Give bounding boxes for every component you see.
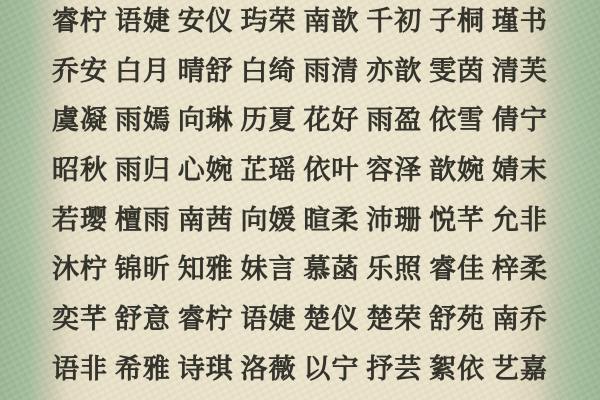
name-row: 虞凝雨嫣向琳历夏花好雨盈依雪倩宁	[52, 105, 548, 137]
name-item: 睿柠	[178, 304, 234, 336]
name-item: 语婕	[241, 304, 297, 336]
name-item: 舒苑	[429, 304, 485, 336]
name-item: 雯茵	[429, 56, 485, 88]
name-row: 昭秋雨归心婉芷瑶依叶容泽歆婉婧末	[52, 155, 548, 187]
name-item: 慕菡	[303, 254, 359, 286]
name-item: 向媛	[241, 205, 297, 237]
name-item: 虞凝	[52, 105, 108, 137]
name-item: 雨盈	[366, 105, 422, 137]
name-item: 婧末	[492, 155, 548, 187]
name-item: 历夏	[241, 105, 297, 137]
name-item: 玙荣	[241, 6, 297, 38]
name-item: 睿佳	[429, 254, 485, 286]
name-item: 安仪	[178, 6, 234, 38]
name-item: 倩宁	[492, 105, 548, 137]
name-item: 晴舒	[178, 56, 234, 88]
name-item: 心婉	[178, 155, 234, 187]
name-item: 语婕	[115, 6, 171, 38]
name-item: 依雪	[429, 105, 485, 137]
paper-background: 睿柠语婕安仪玙荣南歆千初子桐瑾书乔安白月晴舒白绮雨清亦歆雯茵清芙虞凝雨嫣向琳历夏…	[0, 0, 600, 400]
name-item: 南乔	[492, 304, 548, 336]
name-item: 白绮	[241, 56, 297, 88]
name-item: 楚仪	[303, 304, 359, 336]
name-item: 若璎	[52, 205, 108, 237]
name-item: 花好	[303, 105, 359, 137]
name-item: 知雅	[178, 254, 234, 286]
name-item: 暄柔	[303, 205, 359, 237]
name-item: 抒芸	[366, 354, 422, 386]
name-item: 南茜	[178, 205, 234, 237]
name-item: 南歆	[303, 6, 359, 38]
name-item: 子桐	[429, 6, 485, 38]
name-item: 乐照	[366, 254, 422, 286]
name-row: 语非希雅诗琪洛薇以宁抒芸絮依艺嘉	[52, 354, 548, 386]
name-item: 诗琪	[178, 354, 234, 386]
name-item: 沛珊	[366, 205, 422, 237]
name-item: 千初	[366, 6, 422, 38]
name-item: 睿柠	[52, 6, 108, 38]
name-row: 睿柠语婕安仪玙荣南歆千初子桐瑾书	[52, 6, 548, 38]
name-item: 檀雨	[115, 205, 171, 237]
name-row: 沐柠锦昕知雅妹言慕菡乐照睿佳梓柔	[52, 254, 548, 286]
name-item: 清芙	[492, 56, 548, 88]
name-item: 瑾书	[492, 6, 548, 38]
name-item: 芷瑶	[241, 155, 297, 187]
name-item: 希雅	[115, 354, 171, 386]
name-row: 若璎檀雨南茜向媛暄柔沛珊悦芊允非	[52, 205, 548, 237]
name-item: 歆婉	[429, 155, 485, 187]
name-item: 昭秋	[52, 155, 108, 187]
name-item: 乔安	[52, 56, 108, 88]
name-item: 艺嘉	[492, 354, 548, 386]
name-item: 容泽	[366, 155, 422, 187]
name-row: 乔安白月晴舒白绮雨清亦歆雯茵清芙	[52, 56, 548, 88]
name-item: 以宁	[303, 354, 359, 386]
name-item: 奕芊	[52, 304, 108, 336]
name-row: 奕芊舒意睿柠语婕楚仪楚荣舒苑南乔	[52, 304, 548, 336]
name-item: 妹言	[241, 254, 297, 286]
name-item: 锦昕	[115, 254, 171, 286]
name-item: 雨嫣	[115, 105, 171, 137]
name-item: 洛薇	[241, 354, 297, 386]
name-item: 舒意	[115, 304, 171, 336]
name-item: 梓柔	[492, 254, 548, 286]
name-item: 语非	[52, 354, 108, 386]
names-list: 睿柠语婕安仪玙荣南歆千初子桐瑾书乔安白月晴舒白绮雨清亦歆雯茵清芙虞凝雨嫣向琳历夏…	[52, 0, 548, 400]
name-item: 絮依	[429, 354, 485, 386]
name-item: 雨清	[303, 56, 359, 88]
name-item: 依叶	[303, 155, 359, 187]
name-item: 向琳	[178, 105, 234, 137]
name-item: 楚荣	[366, 304, 422, 336]
name-item: 悦芊	[429, 205, 485, 237]
name-item: 沐柠	[52, 254, 108, 286]
name-item: 亦歆	[366, 56, 422, 88]
name-item: 白月	[115, 56, 171, 88]
name-item: 雨归	[115, 155, 171, 187]
name-item: 允非	[492, 205, 548, 237]
